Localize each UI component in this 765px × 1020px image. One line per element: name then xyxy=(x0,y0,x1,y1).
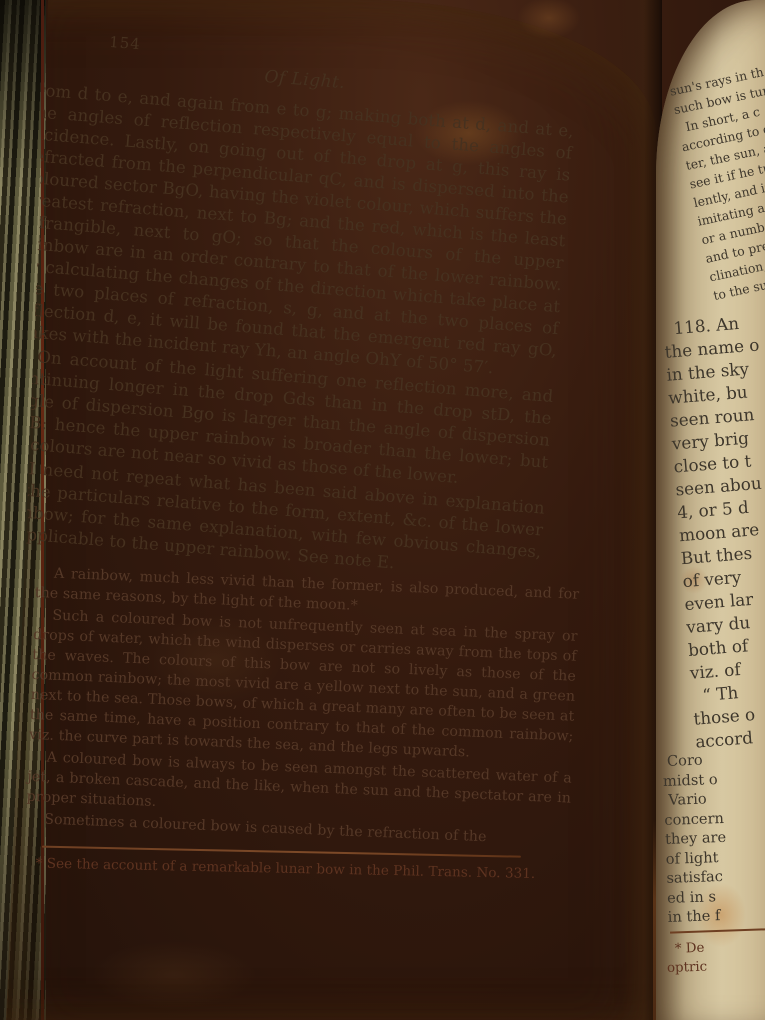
right-footnote-rule xyxy=(670,928,765,933)
text-line-fragment: Vario xyxy=(663,789,725,811)
right-page-footnote-fragments: * Deoptric xyxy=(666,939,708,978)
right-page-middle-fragments: 118. Anthe name oin the skywhite, buseen… xyxy=(662,311,765,754)
body-paragraph: from d to e, and again from e to g; maki… xyxy=(12,79,575,384)
text-line-fragment: midst o xyxy=(663,769,725,791)
small-print-paragraph: Such a coloured bow is not unfrequently … xyxy=(29,605,578,767)
upper-text-block: 154 Of Light. from d to e, and again fro… xyxy=(0,27,579,585)
book-photo: 154 Of Light. from d to e, and again fro… xyxy=(0,0,765,1020)
text-line-fragment: optric xyxy=(667,958,708,978)
text-line-fragment: of light xyxy=(665,847,727,869)
text-line-fragment: in the f xyxy=(667,906,729,928)
text-line-fragment: * De xyxy=(666,939,707,959)
right-page: sun's rays in thsuch bow is tur In short… xyxy=(656,0,765,1020)
footnote-block: * See the account of a remarkable lunar … xyxy=(35,846,579,885)
right-page-top-fragments: sun's rays in thsuch bow is tur In short… xyxy=(668,61,765,305)
right-page-lower-fragments: Coromidst o Varioconcernthey areof light… xyxy=(662,750,729,928)
left-page: 154 Of Light. from d to e, and again fro… xyxy=(4,0,656,1020)
left-page-text-column: 154 Of Light. from d to e, and again fro… xyxy=(36,30,580,876)
text-line-fragment: Coro xyxy=(662,750,724,772)
text-line-fragment: ed in s xyxy=(667,886,729,908)
text-line-fragment: concern xyxy=(664,808,726,830)
small-print-block: A rainbow, much less vivid than the form… xyxy=(25,563,579,851)
footnote-text: * See the account of a remarkable lunar … xyxy=(35,855,579,885)
text-line-fragment: they are xyxy=(665,828,727,850)
foxing-stain xyxy=(64,930,284,1020)
text-line-fragment: satisfac xyxy=(666,867,728,889)
